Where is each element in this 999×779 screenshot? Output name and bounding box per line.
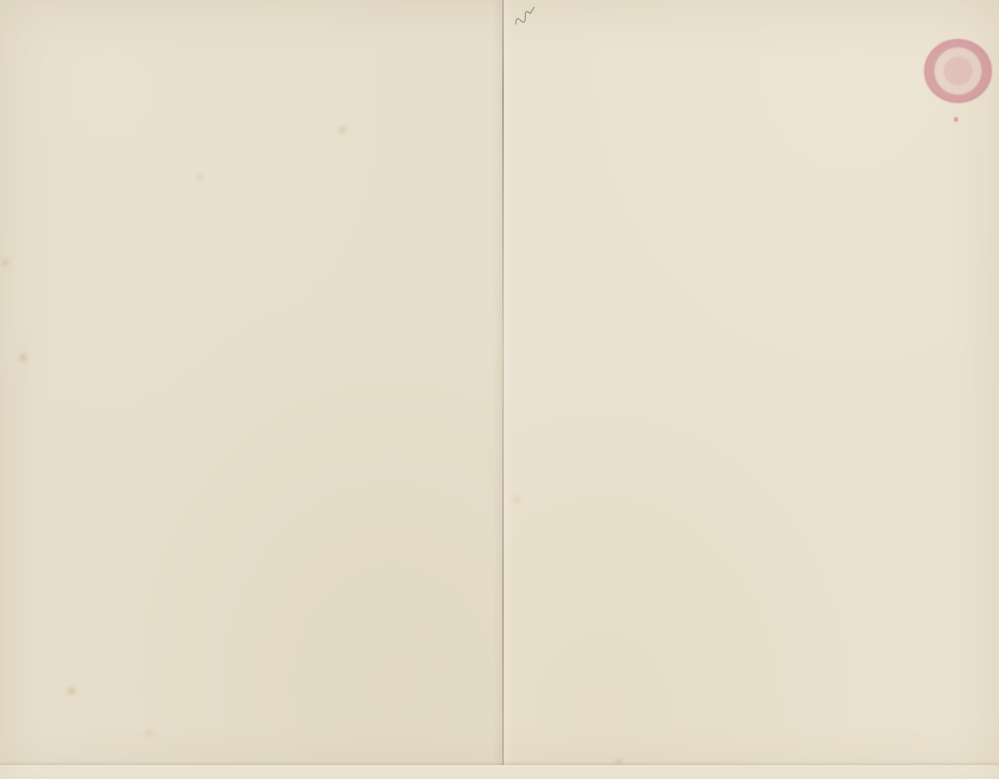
- under-sheet-edge: [0, 765, 999, 779]
- salutation: [589, 81, 999, 126]
- ghost-writing-showthrough: [4, 44, 496, 754]
- foxing-spot: [615, 758, 623, 765]
- foxing-spot: [66, 686, 77, 696]
- foxing-spot: [338, 126, 347, 134]
- letter-text: [0, 81, 999, 130]
- foxing-spot: [146, 730, 153, 737]
- letter-scan: [0, 0, 999, 779]
- foxing-spot: [18, 353, 28, 363]
- foxing-spot: [1, 258, 9, 267]
- foxing-spot: [513, 496, 520, 503]
- foxing-spot: [196, 174, 203, 181]
